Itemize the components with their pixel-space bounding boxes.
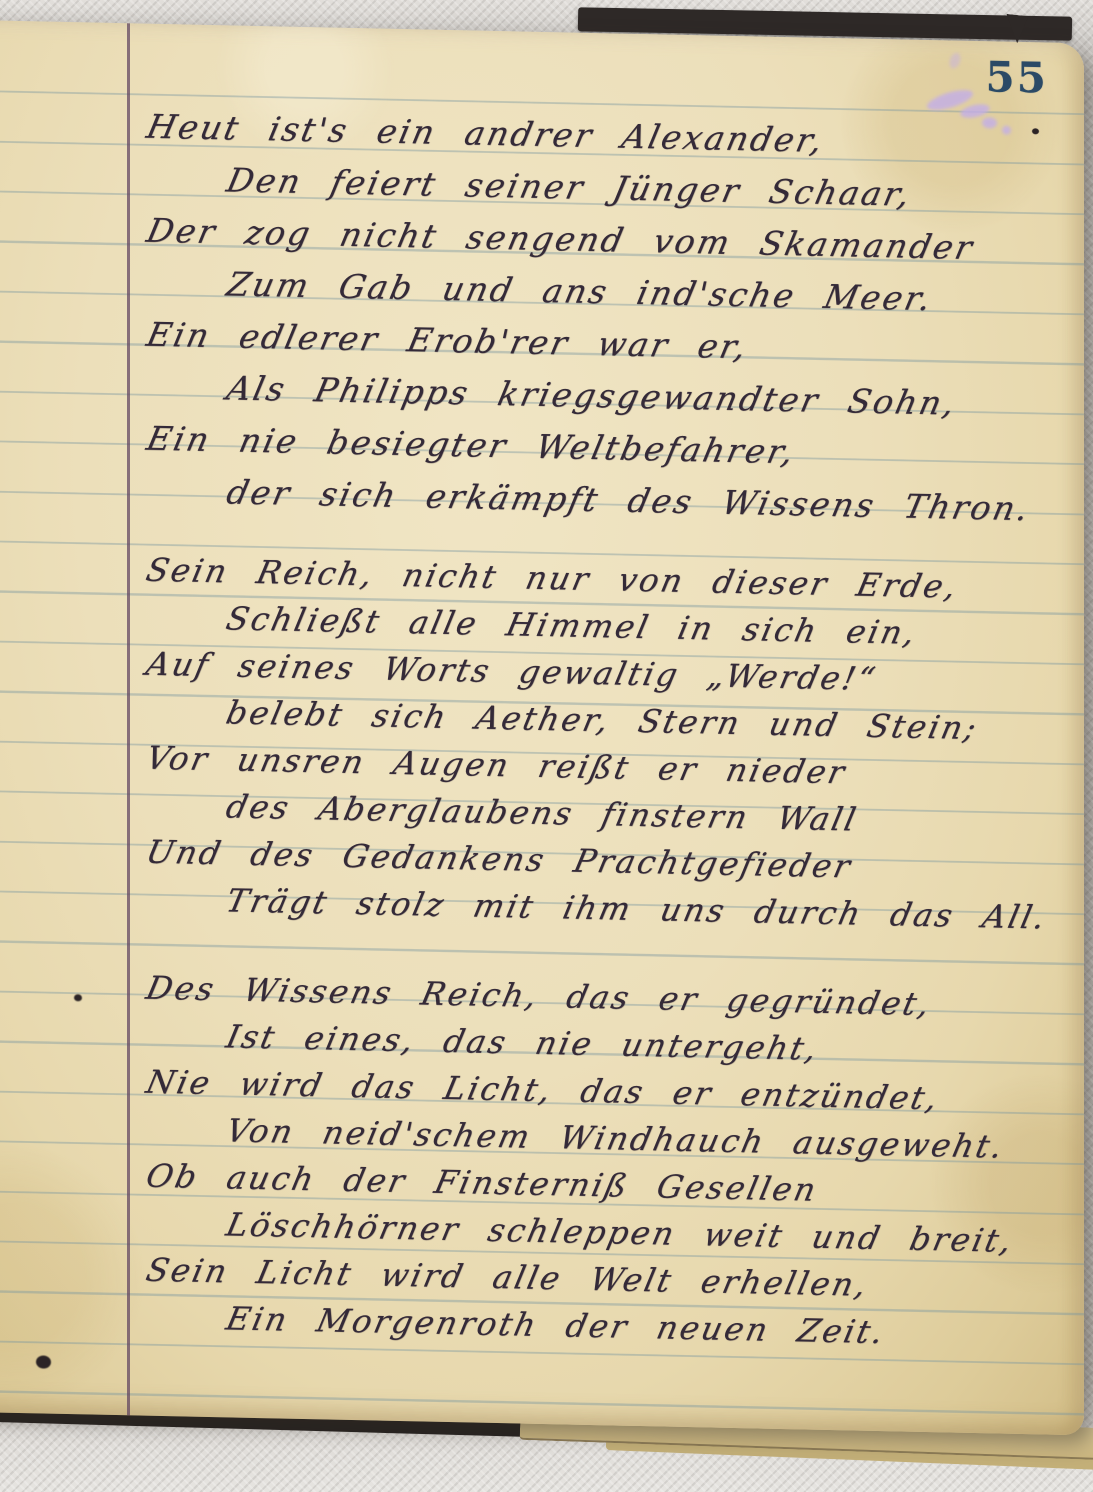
page-number: 55 <box>986 52 1048 102</box>
handwritten-poem: Heut ist's ein andrer Alexander, Den fei… <box>142 100 1062 1359</box>
ink-blot <box>36 1355 51 1368</box>
margin-line <box>127 23 130 1415</box>
poem-stanza-1: Heut ist's ein andrer Alexander, Den fei… <box>142 100 1062 535</box>
ink-speck <box>74 994 82 1001</box>
manuscript-page: 55 Heut ist's ein andrer Alexander, Den … <box>0 20 1084 1435</box>
poem-stanza-2: Sein Reich, nicht nur von dieser Erde, S… <box>142 546 1062 941</box>
ink-speck <box>1032 128 1039 134</box>
poem-stanza-3: Des Wissens Reich, das er gegründet, Ist… <box>142 964 1062 1359</box>
